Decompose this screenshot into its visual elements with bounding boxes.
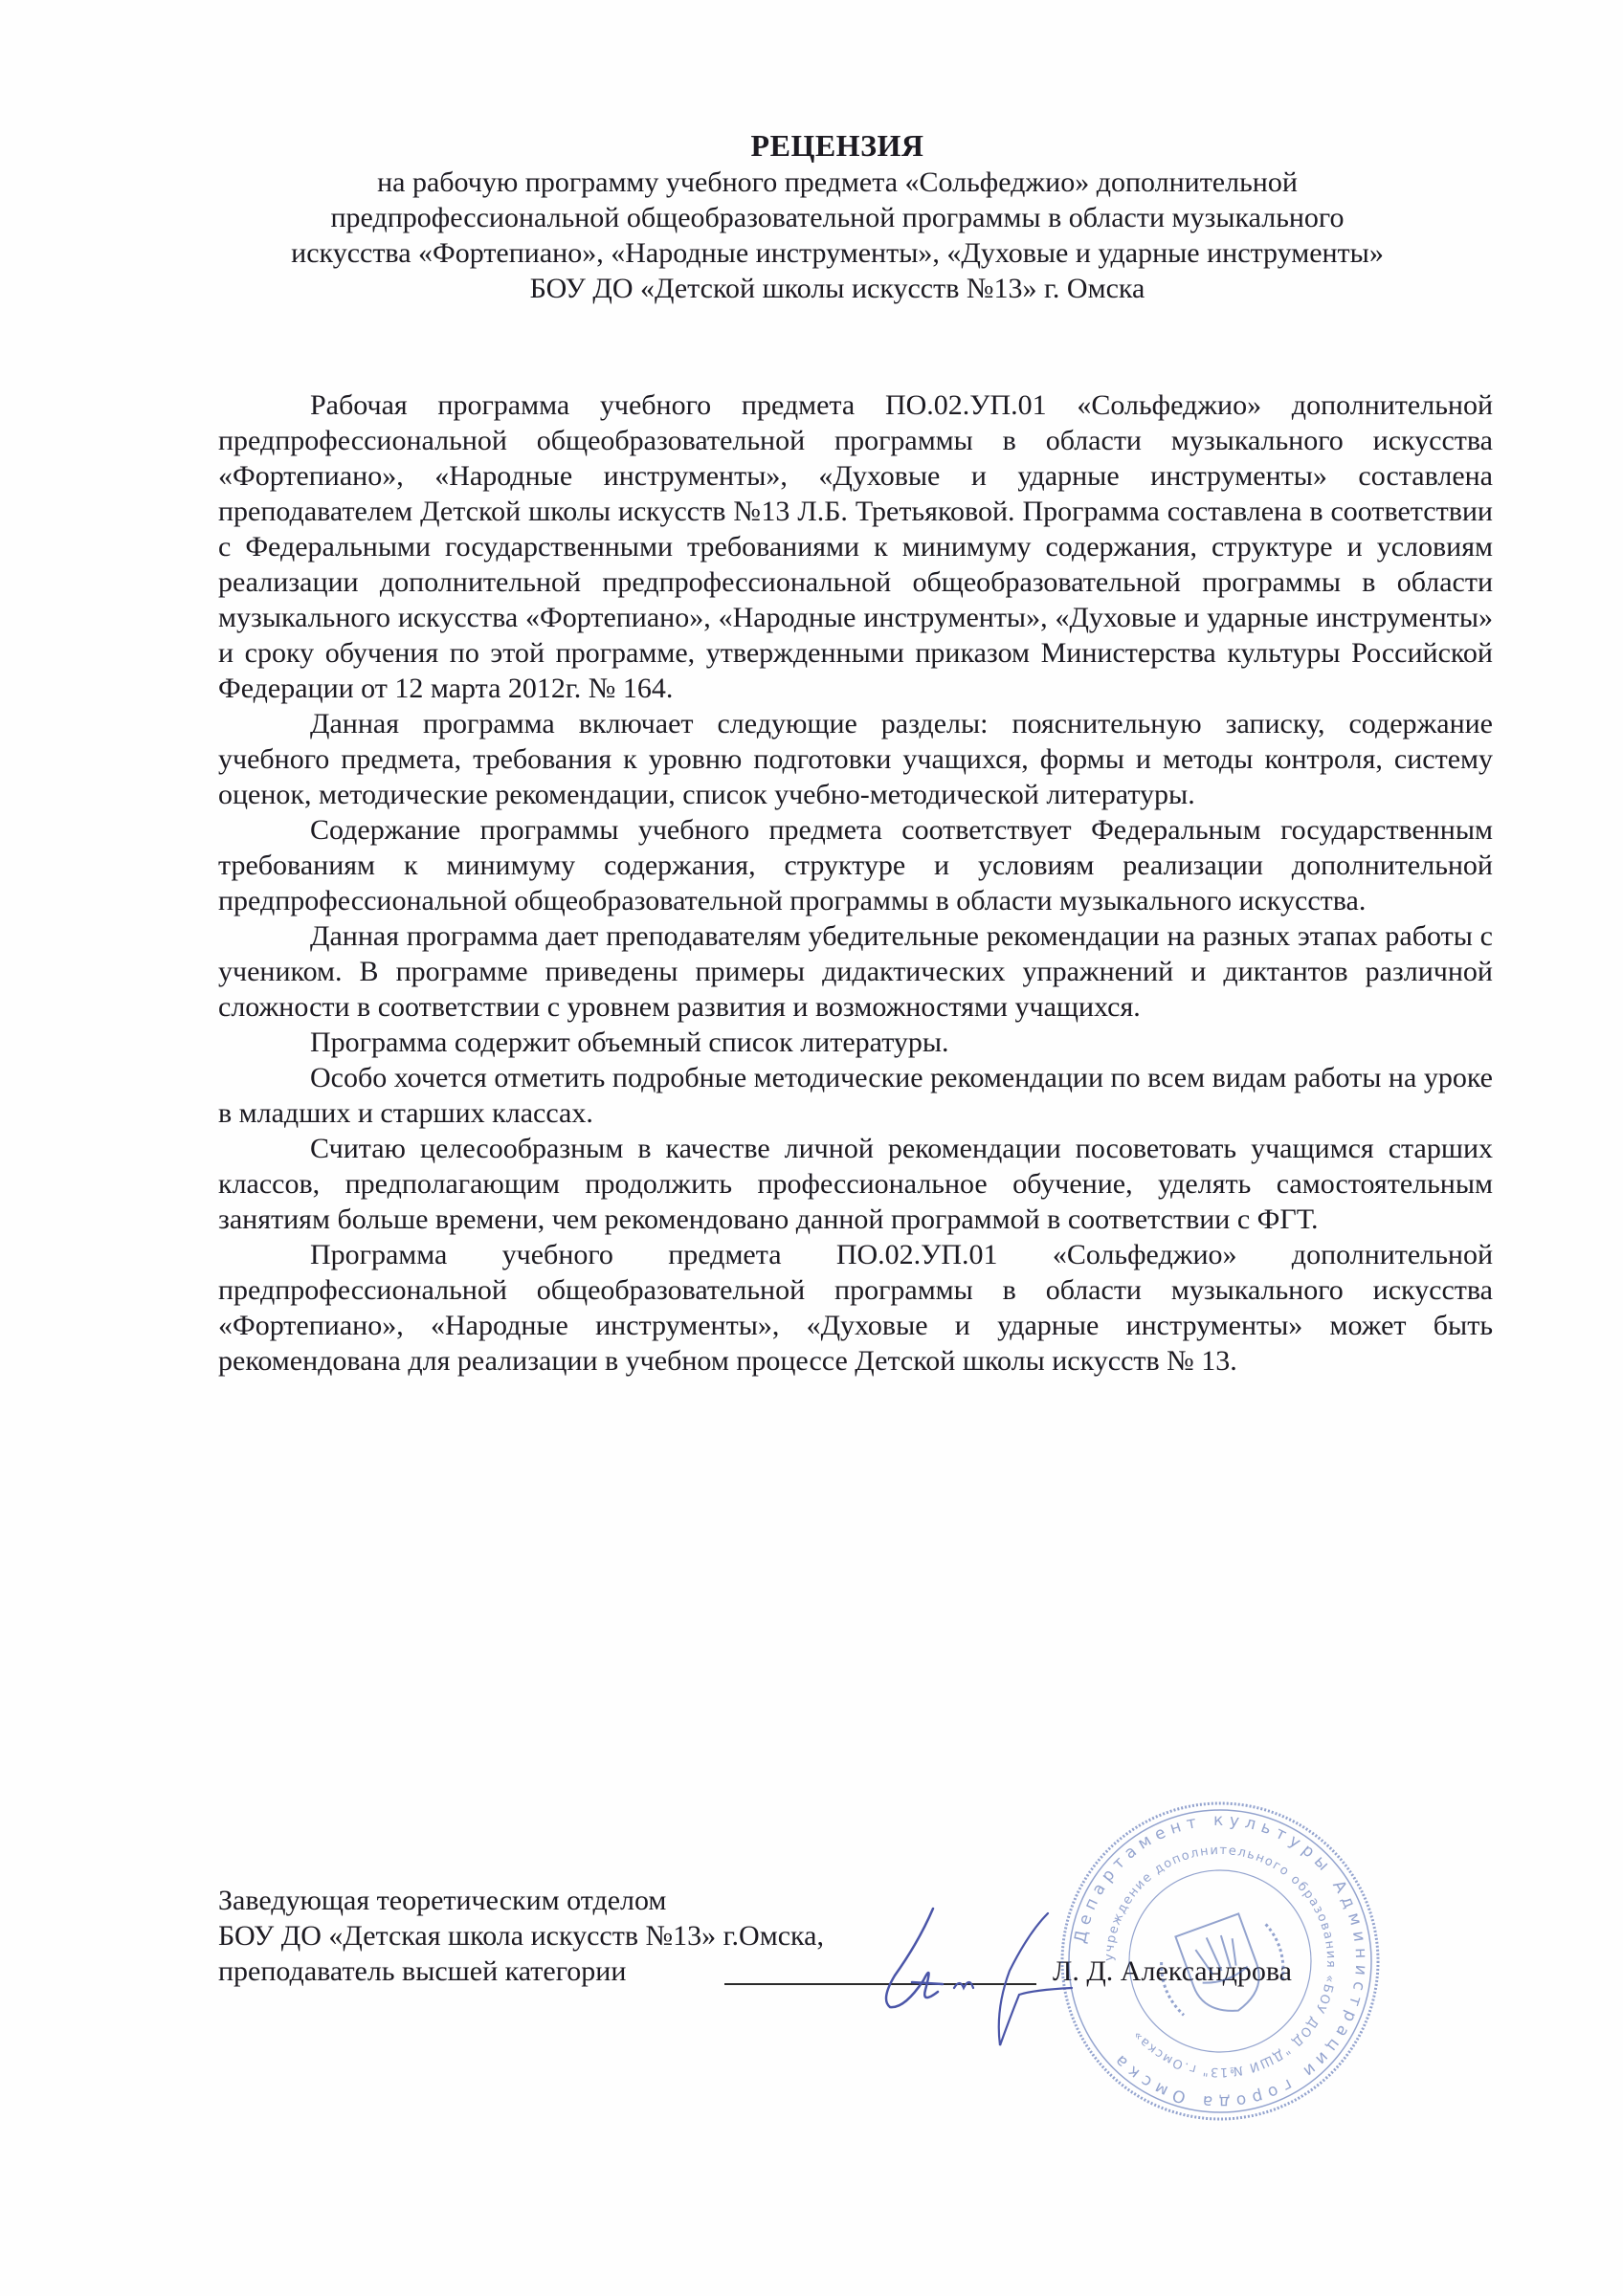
paragraph: Содержание программы учебного предмета с… <box>218 812 1493 918</box>
document-body: Рабочая программа учебного предмета ПО.0… <box>218 387 1493 1379</box>
paragraph: Программа учебного предмета ПО.02.УП.01 … <box>218 1237 1493 1379</box>
paragraph: Считаю целесообразным в качестве личной … <box>218 1131 1493 1237</box>
signer-title: преподаватель высшей категории <box>218 1955 626 1987</box>
paragraph: Программа содержит объемный список литер… <box>218 1025 1493 1060</box>
subtitle-line: БОУ ДО «Детской школы искусств №13» г. О… <box>191 271 1483 306</box>
document-title: РЕЦЕНЗИЯ <box>191 126 1483 165</box>
handwritten-signature-icon <box>866 1904 1077 2057</box>
svg-text:учреждение дополнительного обр: учреждение дополнительного образования «… <box>1102 1843 1338 2079</box>
subtitle-line: искусства «Фортепиано», «Народные инстру… <box>191 235 1483 271</box>
paragraph: Данная программа включает следующие разд… <box>218 706 1493 812</box>
paragraph: Особо хочется отметить подробные методич… <box>218 1060 1493 1131</box>
paragraph: Данная программа дает преподавателям убе… <box>218 918 1493 1025</box>
subtitle-line: предпрофессиональной общеобразовательной… <box>191 200 1483 235</box>
subtitle-line: на рабочую программу учебного предмета «… <box>191 165 1483 200</box>
document-page: РЕЦЕНЗИЯ на рабочую программу учебного п… <box>0 0 1623 2296</box>
official-stamp-icon: Департамент культуры Администрации город… <box>1057 1799 1383 2124</box>
paragraph: Рабочая программа учебного предмета ПО.0… <box>218 387 1493 706</box>
document-header: РЕЦЕНЗИЯ на рабочую программу учебного п… <box>191 126 1483 306</box>
